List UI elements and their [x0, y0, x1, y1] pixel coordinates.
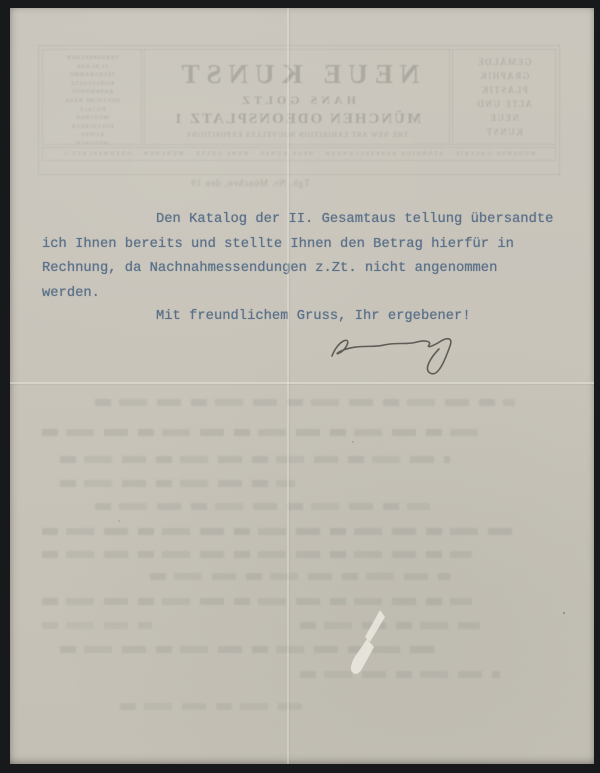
letterhead-left-line: GRAPHIK	[453, 69, 555, 83]
ghost-text-line	[95, 503, 430, 510]
horizontal-fold-crease	[10, 382, 594, 384]
dust-speck	[118, 520, 120, 522]
gallery-tagline: THE NEW ART EXHIBITION NOUVELLES EXPOSIT…	[145, 131, 449, 139]
letterhead-left-line: ALTE UND	[453, 97, 555, 111]
letterhead-left-panel: GEMÄLDE GRAPHIK PLASTIK ALTE UND NEUE KU…	[452, 49, 556, 145]
letterhead-center-panel: NEUE KUNST HANS GOLTZ MÜNCHEN ODEONSPLAT…	[144, 49, 450, 145]
letter-body-line: werden.	[42, 286, 100, 301]
signature	[318, 326, 478, 390]
letterhead-left-line: PLASTIK	[453, 83, 555, 97]
letterhead-left-line: GEMÄLDE	[453, 55, 555, 69]
letter-body-line: Den Katalog der II. Gesamtaus tellung üb…	[156, 212, 553, 227]
letterhead-right-line: MÜNCHEN	[43, 114, 141, 123]
letterhead-right-line: BANKKONTO	[43, 88, 141, 97]
photo-background: GEMÄLDE GRAPHIK PLASTIK ALTE UND NEUE KU…	[0, 0, 600, 773]
letterhead-bleedthrough: GEMÄLDE GRAPHIK PLASTIK ALTE UND NEUE KU…	[38, 45, 560, 175]
letterhead-right-line: KUNSTGOLTZ	[43, 80, 141, 89]
ghost-text-line	[42, 429, 487, 436]
gallery-name: NEUE KUNST	[145, 59, 449, 90]
dust-speck	[563, 612, 565, 614]
letterhead-cells: GEMÄLDE GRAPHIK PLASTIK ALTE UND NEUE KU…	[42, 49, 556, 145]
date-line-bleedthrough: Tgb. Nr. München, den 19	[140, 178, 360, 188]
ghost-text-line	[95, 399, 515, 406]
letterhead-bottom-strip: MODERNE GALERIE · STÄNDIGE AUSSTELLUNGEN…	[42, 147, 556, 161]
ghost-text-line	[42, 622, 152, 629]
letter-paper: GEMÄLDE GRAPHIK PLASTIK ALTE UND NEUE KU…	[10, 8, 594, 764]
ghost-text-line	[60, 480, 295, 487]
ghost-text-line	[42, 598, 472, 605]
letterhead-right-line: FERNSPRECHER	[43, 54, 141, 63]
gallery-address: MÜNCHEN ODEONSPLATZ 1	[145, 111, 449, 128]
letter-closing-line: Mit freundlichem Gruss, Ihr ergebener!	[156, 309, 471, 324]
letterhead-right-line: MÜNCHEN	[43, 140, 141, 145]
ghost-text-line	[42, 551, 472, 558]
letterhead-left-line: NEUE	[453, 111, 555, 125]
letterhead-right-panel: FERNSPRECHER 21 BLANK TELEGRAMME KUNSTGO…	[42, 49, 142, 145]
letterhead-right-line: TELEGRAMME	[43, 71, 141, 80]
ghost-text-line	[60, 456, 450, 463]
ghost-text-line	[150, 573, 450, 580]
ghost-text-line	[42, 528, 512, 535]
letterhead-right-line: FILIALE	[43, 106, 141, 115]
scratch-mark	[340, 606, 394, 690]
letterhead-right-line: DEUTSCHE BANK	[43, 97, 141, 106]
letter-body-line: ich Ihnen bereits und stellte Ihnen den …	[42, 237, 514, 252]
letterhead-right-line: 21 BLANK	[43, 63, 141, 72]
ghost-text-line	[300, 671, 500, 678]
dust-speck	[352, 441, 354, 443]
letter-body-line: Rechnung, da Nachnahmessendungen z.Zt. n…	[42, 261, 497, 276]
vertical-fold-crease	[287, 8, 289, 764]
letterhead-right-line: KONTO	[43, 131, 141, 140]
letterhead-right-line: POSTSCHECK	[43, 123, 141, 132]
gallery-proprietor: HANS GOLTZ	[145, 93, 449, 108]
letterhead-left-line: KUNST	[453, 125, 555, 139]
ghost-text-line	[120, 703, 310, 710]
